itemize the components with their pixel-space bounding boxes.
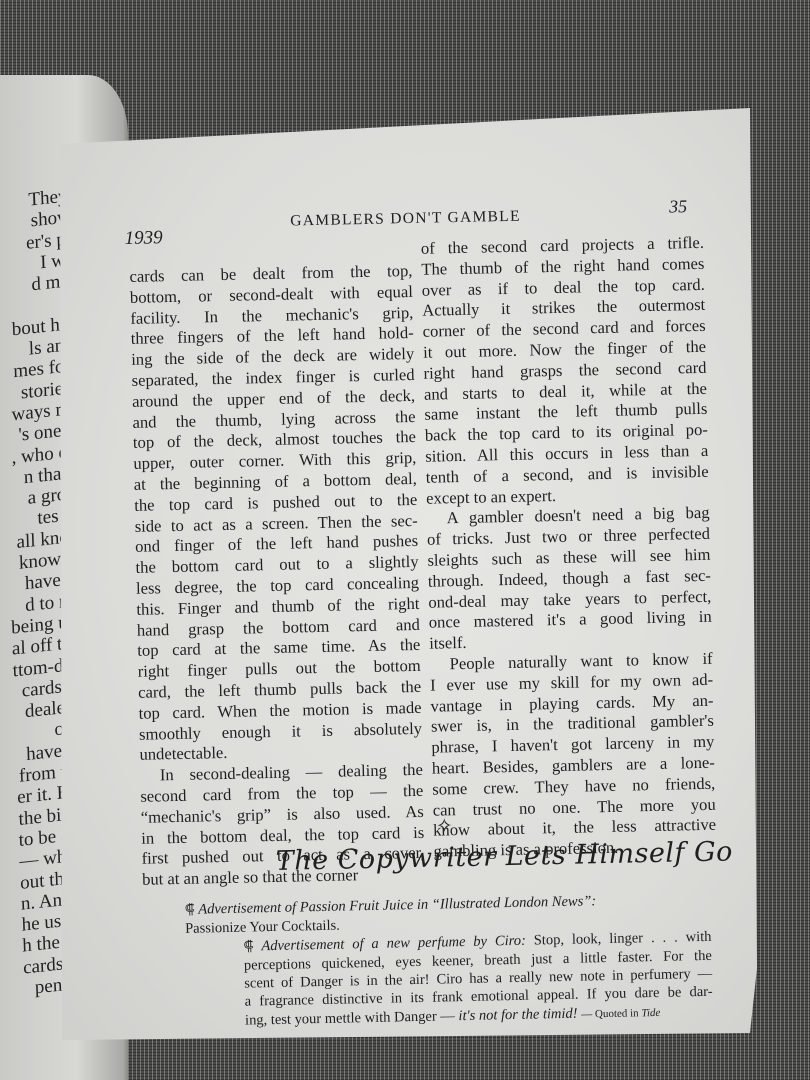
paragraph-mark-icon: ⸿ — [185, 903, 195, 918]
text-column-left: cards can be dealt from the top,bottom, … — [129, 261, 425, 891]
quote-source: — Quoted in Tide — [581, 1007, 660, 1021]
running-title: GAMBLERS DON'T GAMBLE — [290, 208, 521, 231]
ornament-icon: ✧ — [436, 813, 453, 838]
header-year: 1939 — [124, 227, 162, 250]
source-name: Tide — [641, 1007, 660, 1019]
quote-list: ⸿ Advertisement of Passion Fruit Juice i… — [185, 890, 714, 1032]
text-column-right: of the second card projects a trifle.The… — [421, 233, 717, 863]
source-prefix: — Quoted in — [581, 1007, 641, 1020]
quote-closing: it's not for the timid! — [458, 1005, 577, 1023]
quote-body: Stop, look, linger . . . with — [534, 928, 712, 948]
right-page: 1939 GAMBLERS DON'T GAMBLE 35 cards can … — [60, 108, 757, 1040]
page-number: 35 — [669, 196, 687, 217]
quote-body-end: ing, test your mettle with Danger — — [245, 1008, 459, 1028]
paragraph-mark-icon: ⸿ — [243, 939, 253, 954]
